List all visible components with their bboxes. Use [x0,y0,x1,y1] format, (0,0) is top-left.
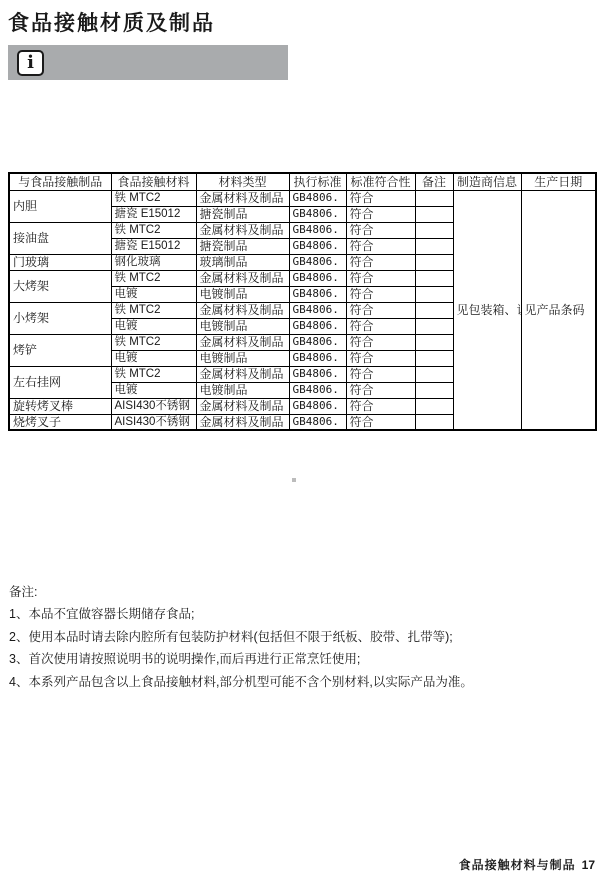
standard-cell: GB4806. 3 [289,286,346,302]
standard-cell: GB4806. 9 [289,414,346,430]
header-material-type: 材料类型 [196,173,289,190]
remark-cell [415,334,453,350]
page-footer: 食品接触材料与制品17 [459,856,595,873]
remark-cell [415,398,453,414]
standard-cell: GB4806. 9 [289,270,346,286]
type-cell: 电镀制品 [196,382,289,398]
standard-cell: GB4806. 9 [289,222,346,238]
material-cell: 铁 MTC2 [111,302,196,318]
standard-cell: GB4806. 3 [289,206,346,222]
production-date-cell: 见产品条码 [521,190,596,430]
remark-cell [415,222,453,238]
material-cell: 铁 MTC2 [111,334,196,350]
product-cell: 烧烤叉子 [9,414,111,430]
conformity-cell: 符合 [346,238,415,254]
material-cell: 铁 MTC2 [111,270,196,286]
remark-cell [415,190,453,206]
product-cell: 旋转烤叉棒 [9,398,111,414]
material-cell: 铁 MTC2 [111,190,196,206]
remark-cell [415,350,453,366]
remark-line: 3、首次使用请按照说明书的说明操作,而后再进行正常烹饪使用; [9,648,473,670]
product-cell: 左右挂网 [9,366,111,398]
remarks-title: 备注: [9,581,473,603]
info-icon: i [17,50,44,76]
remark-cell [415,286,453,302]
standard-cell: GB4806. 3 [289,350,346,366]
conformity-cell: 符合 [346,286,415,302]
remark-cell [415,382,453,398]
material-cell: 钢化玻璃 [111,254,196,270]
page-number: 17 [582,858,595,872]
type-cell: 电镀制品 [196,350,289,366]
remark-cell [415,366,453,382]
type-cell: 搪瓷制品 [196,206,289,222]
type-cell: 金属材料及制品 [196,414,289,430]
product-cell: 接油盘 [9,222,111,254]
type-cell: 电镀制品 [196,318,289,334]
standard-cell: GB4806. 3 [289,318,346,334]
remarks-section: 备注: 1、本品不宜做容器长期储存食品; 2、使用本品时请去除内腔所有包装防护材… [9,581,473,693]
product-cell: 小烤架 [9,302,111,334]
type-cell: 金属材料及制品 [196,222,289,238]
material-cell: 电镀 [111,382,196,398]
material-cell: 电镀 [111,318,196,334]
type-cell: 金属材料及制品 [196,334,289,350]
manufacturer-info-cell: 见包装箱、说明书等附件 [453,190,521,430]
type-cell: 金属材料及制品 [196,190,289,206]
material-cell: 电镀 [111,286,196,302]
material-cell: 铁 MTC2 [111,366,196,382]
conformity-cell: 符合 [346,206,415,222]
product-cell: 大烤架 [9,270,111,302]
product-cell: 门玻璃 [9,254,111,270]
conformity-cell: 符合 [346,382,415,398]
conformity-cell: 符合 [346,318,415,334]
standard-cell: GB4806. 9 [289,190,346,206]
header-manufacturer-info: 制造商信息 [453,173,521,190]
header-material: 食品接触材料 [111,173,196,190]
material-cell: 铁 MTC2 [111,222,196,238]
standard-cell: GB4806. 9 [289,334,346,350]
standard-cell: GB4806. 9 [289,398,346,414]
conformity-cell: 符合 [346,334,415,350]
type-cell: 金属材料及制品 [196,366,289,382]
header-remark: 备注 [415,173,453,190]
remark-cell [415,206,453,222]
remark-line: 4、本系列产品包含以上食品接触材料,部分机型可能不含个别材料,以实际产品为准。 [9,671,473,693]
type-cell: 电镀制品 [196,286,289,302]
table-header-row: 与食品接触制品 食品接触材料 材料类型 执行标准 标准符合性 备注 制造商信息 … [9,173,596,190]
product-cell: 内胆 [9,190,111,222]
conformity-cell: 符合 [346,350,415,366]
standard-cell: GB4806. 9 [289,302,346,318]
conformity-cell: 符合 [346,270,415,286]
remark-cell [415,302,453,318]
type-cell: 搪瓷制品 [196,238,289,254]
conformity-cell: 符合 [346,222,415,238]
type-cell: 金属材料及制品 [196,398,289,414]
conformity-cell: 符合 [346,414,415,430]
conformity-cell: 符合 [346,366,415,382]
scan-artifact [292,478,296,482]
standard-cell: GB4806. 3 [289,238,346,254]
remark-line: 1、本品不宜做容器长期储存食品; [9,603,473,625]
remark-cell [415,238,453,254]
material-cell: 搪瓷 E15012 [111,238,196,254]
standard-cell: GB4806. 3 [289,382,346,398]
remark-cell [415,254,453,270]
header-conformity: 标准符合性 [346,173,415,190]
conformity-cell: 符合 [346,254,415,270]
material-cell: 电镀 [111,350,196,366]
remark-cell [415,318,453,334]
material-cell: AISI430不锈钢 [111,398,196,414]
header-product: 与食品接触制品 [9,173,111,190]
type-cell: 金属材料及制品 [196,270,289,286]
material-cell: AISI430不锈钢 [111,414,196,430]
material-cell: 搪瓷 E15012 [111,206,196,222]
standard-cell: GB4806. 5 [289,254,346,270]
remark-cell [415,414,453,430]
product-cell: 烤铲 [9,334,111,366]
type-cell: 玻璃制品 [196,254,289,270]
info-banner: i [8,45,288,80]
conformity-cell: 符合 [346,190,415,206]
food-contact-materials-table: 与食品接触制品 食品接触材料 材料类型 执行标准 标准符合性 备注 制造商信息 … [8,172,597,431]
conformity-cell: 符合 [346,398,415,414]
header-production-date: 生产日期 [521,173,596,190]
remark-cell [415,270,453,286]
standard-cell: GB4806. 9 [289,366,346,382]
document-page: 食品接触材质及制品 i 与食品接触制品 食品接触材料 材料类型 执行标准 标准符… [0,0,607,881]
table-row: 内胆 铁 MTC2 金属材料及制品 GB4806. 9 符合 见包装箱、说明书等… [9,190,596,206]
conformity-cell: 符合 [346,302,415,318]
remark-line: 2、使用本品时请去除内腔所有包装防护材料(包括但不限于纸板、胶带、扎带等); [9,626,473,648]
footer-label: 食品接触材料与制品 [459,858,576,872]
header-standard: 执行标准 [289,173,346,190]
page-title: 食品接触材质及制品 [8,7,215,37]
type-cell: 金属材料及制品 [196,302,289,318]
